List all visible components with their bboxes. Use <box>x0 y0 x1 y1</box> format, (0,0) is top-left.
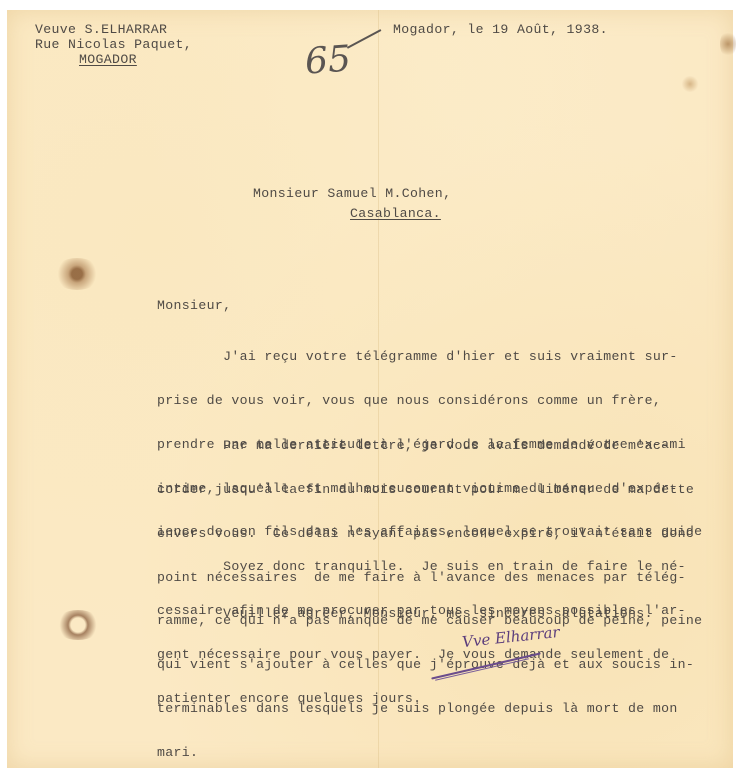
dateline: Mogador, le 19 Août, 1938. <box>393 23 608 38</box>
foxing-stain-right <box>720 30 736 58</box>
rust-stain-left-upper <box>52 258 102 290</box>
paragraph-line: corder jusqu'à la fin du mois courant po… <box>157 483 702 498</box>
paragraph-line: J'ai reçu votre télégramme d'hier et sui… <box>157 350 702 365</box>
paragraph-line: gent nécessaire pour vous payer. Je vous… <box>157 648 686 663</box>
paragraph-line: Par ma dernière lettre, je vous avais de… <box>157 439 702 454</box>
paragraph-line: Soyez donc tranquille. Je suis en train … <box>157 560 686 575</box>
sender-street: Rue Nicolas Paquet, <box>35 38 192 53</box>
foxing-stain-right-2 <box>681 76 699 92</box>
paragraph-3: Soyez donc tranquille. Je suis en train … <box>157 531 686 721</box>
handwritten-folio-number: 65 <box>304 38 353 82</box>
recipient-name: Monsieur Samuel M.Cohen, <box>253 187 451 202</box>
sender-name: Veuve S.ELHARRAR <box>35 23 167 38</box>
paragraph-line: mari. <box>157 746 702 761</box>
recipient-city: Casablanca. <box>350 207 441 222</box>
closing-line: Veuillez agréer, Monsieur, mes sincères … <box>157 607 653 622</box>
rust-stain-left-lower <box>54 610 102 640</box>
sender-city: MOGADOR <box>79 53 137 68</box>
salutation: Monsieur, <box>157 299 231 314</box>
paragraph-line: prise de vous voir, vous que nous consid… <box>157 394 702 409</box>
paragraph-line: patienter encore quelques jours. <box>157 692 686 707</box>
